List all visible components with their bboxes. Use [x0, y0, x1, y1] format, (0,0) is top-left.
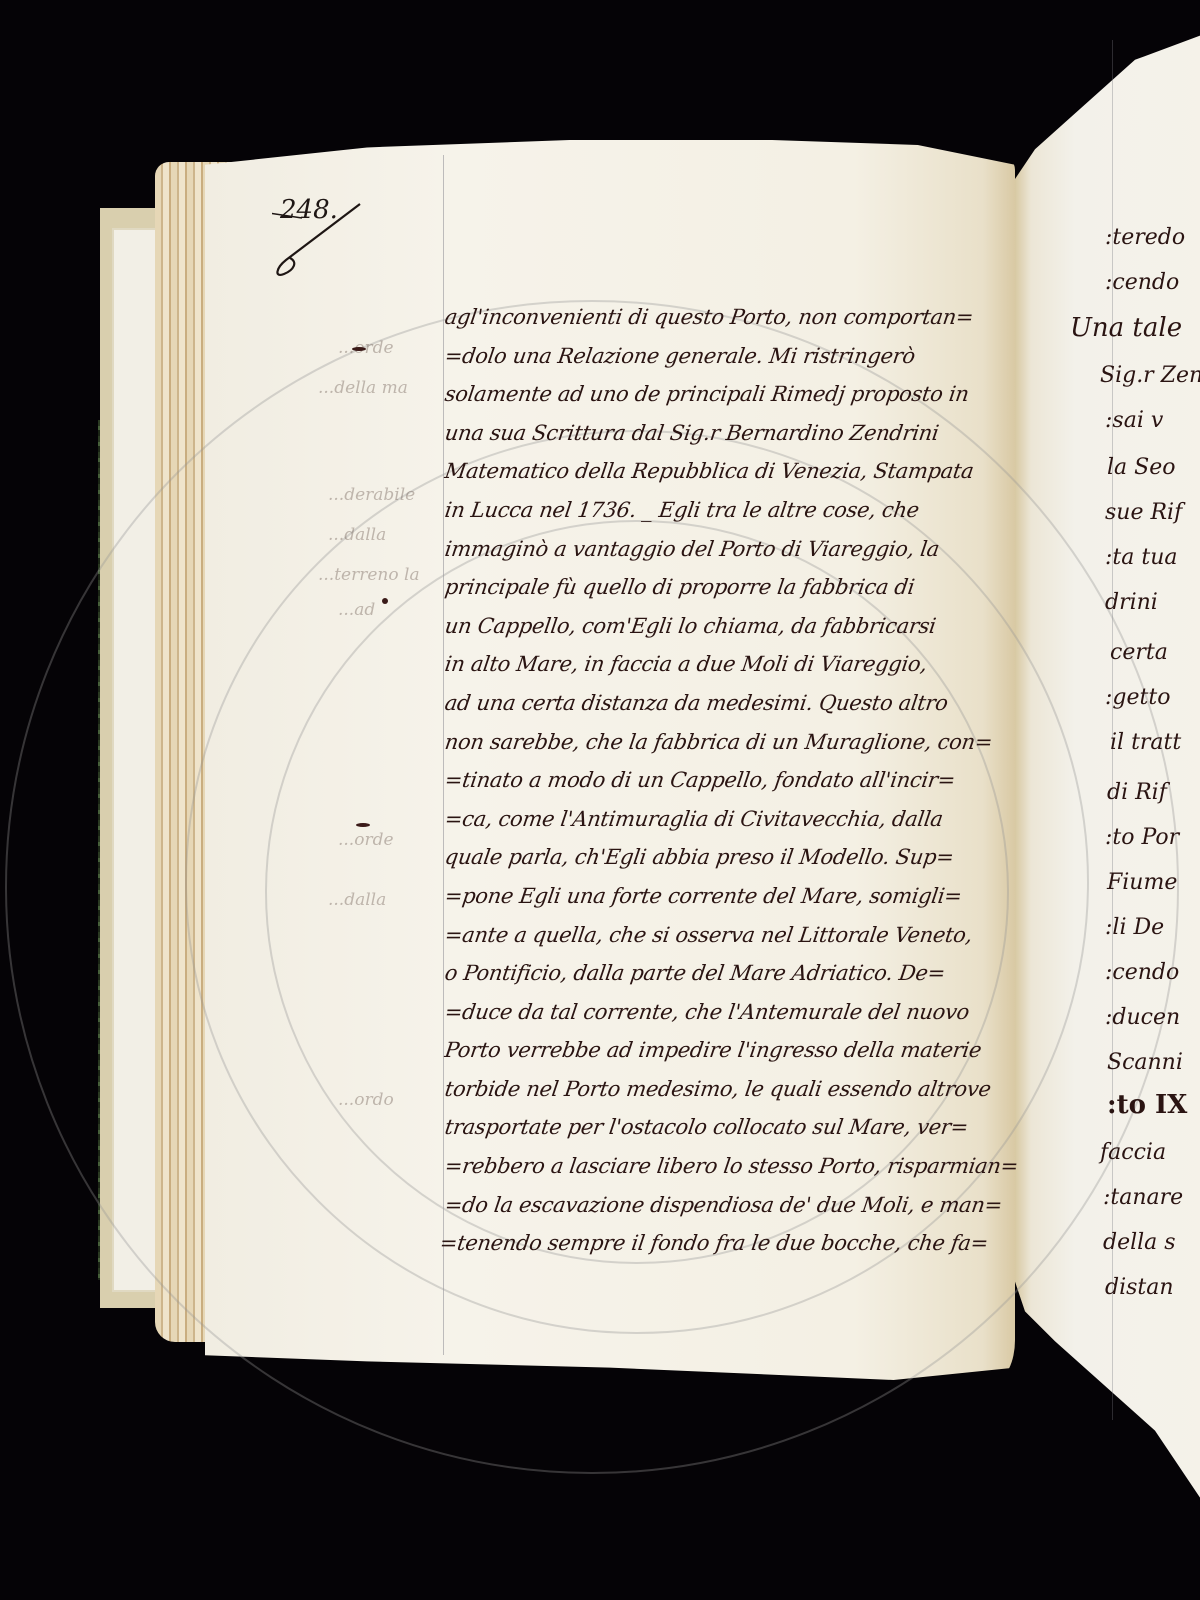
text-line: agl'inconvenienti di questo Porto, non c… — [342, 298, 997, 337]
text-line: in alto Mare, in faccia a due Moli di Vi… — [342, 645, 997, 684]
right-text-line: :teredo — [1105, 225, 1185, 250]
text-line: torbide nel Porto medesimo, le quali ess… — [342, 1070, 997, 1109]
text-line: solamente ad uno de principali Rimedj pr… — [342, 375, 997, 414]
text-line: =duce da tal corrente, che l'Antemurale … — [342, 993, 997, 1032]
right-text-line: il tratt — [1110, 730, 1181, 755]
text-line: o Pontificio, dalla parte del Mare Adria… — [342, 954, 997, 993]
right-text-line: :ta tua — [1105, 545, 1178, 570]
right-text-line: Scanni — [1107, 1050, 1183, 1075]
right-text-line: la Seo — [1107, 455, 1175, 480]
right-text-line: :to Por — [1105, 825, 1179, 850]
text-line: in Lucca nel 1736. _ Egli tra le altre c… — [342, 491, 997, 530]
right-text-line: :sai v — [1105, 408, 1163, 433]
text-line: =ante a quella, che si osserva nel Litto… — [342, 916, 997, 955]
right-text-line: :tanare — [1103, 1185, 1183, 1210]
right-text-line: faccia — [1100, 1140, 1166, 1165]
text-line: =dolo una Relazione generale. Mi ristrin… — [342, 337, 997, 376]
text-line: una sua Scrittura dal Sig.r Bernardino Z… — [342, 414, 997, 453]
right-text-line: :cendo — [1105, 270, 1179, 295]
right-text-line: :getto — [1105, 685, 1170, 710]
ink-mark — [356, 823, 370, 827]
text-line: =rebbero a lasciare libero lo stesso Por… — [342, 1147, 997, 1186]
text-line: trasportate per l'ostacolo collocato sul… — [342, 1108, 997, 1147]
right-text-line: :ducen — [1105, 1005, 1180, 1030]
text-line: =pone Egli una forte corrente del Mare, … — [342, 877, 997, 916]
right-text-line: sue Rif — [1105, 500, 1182, 525]
ink-mark — [382, 598, 388, 604]
right-text-line: di Rif — [1107, 780, 1167, 805]
right-text-line: Sig.r Zen — [1100, 363, 1200, 388]
text-line: Matematico della Repubblica di Venezia, … — [342, 452, 997, 491]
right-text-line: Fiume — [1107, 870, 1177, 895]
right-text-line: :cendo — [1105, 960, 1179, 985]
ink-mark — [352, 347, 366, 351]
handwritten-text-block: agl'inconvenienti di questo Porto, non c… — [345, 298, 995, 1263]
text-line: =do la escavazione dispendiosa de' due M… — [342, 1186, 997, 1225]
right-text-line: :li De — [1105, 915, 1164, 940]
right-text-line: della s — [1103, 1230, 1176, 1255]
right-text-line: Una tale — [1070, 313, 1182, 343]
right-text-line: drini — [1105, 590, 1158, 615]
text-line: Porto verrebbe ad impedire l'ingresso de… — [342, 1031, 997, 1070]
text-line: ad una certa distanza da medesimi. Quest… — [342, 684, 997, 723]
text-line: principale fù quello di proporre la fabb… — [342, 568, 997, 607]
text-line: immaginò a vantaggio del Porto di Viareg… — [342, 530, 997, 569]
folio-flourish-icon — [272, 200, 372, 280]
text-line: un Cappello, com'Egli lo chiama, da fabb… — [342, 607, 997, 646]
text-line: quale parla, ch'Egli abbia preso il Mode… — [342, 838, 997, 877]
right-chapter-heading: :to IX — [1107, 1090, 1187, 1120]
text-line: non sarebbe, che la fabbrica di un Murag… — [342, 723, 997, 762]
right-text-line: distan — [1105, 1275, 1174, 1300]
text-line: =tinato a modo di un Cappello, fondato a… — [342, 761, 997, 800]
right-text-line: certa — [1110, 640, 1168, 665]
text-line: =ca, come l'Antimuraglia di Civitavecchi… — [342, 800, 997, 839]
text-line: =tenendo sempre il fondo fra le due bocc… — [342, 1224, 997, 1263]
